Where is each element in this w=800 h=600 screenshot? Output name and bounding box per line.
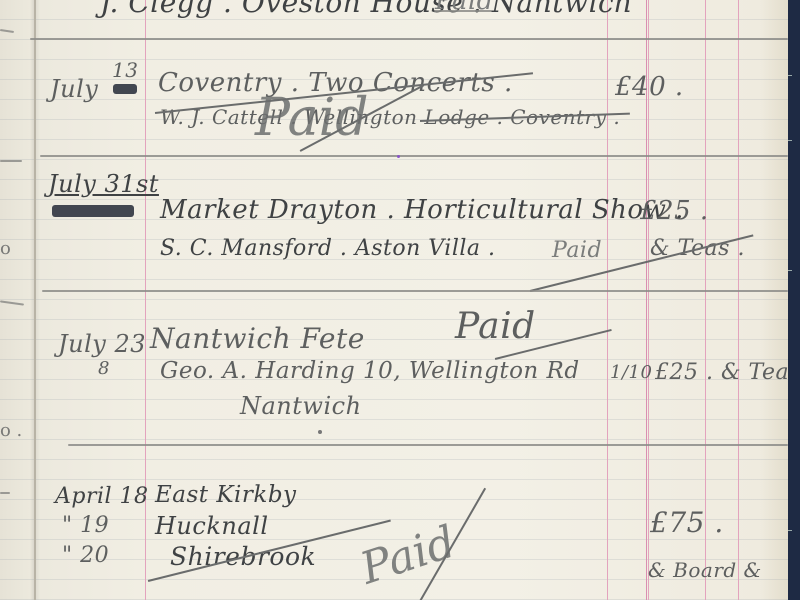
entry-note: & Board &: [648, 558, 762, 582]
paid-mark: Paid: [455, 306, 536, 347]
entry-place: Hucknall: [155, 512, 269, 540]
left-margin-mark: o: [0, 238, 11, 259]
ink-dot: [318, 430, 322, 434]
entry-date: July 31st: [48, 170, 159, 198]
entry-fee: £25 .: [640, 196, 709, 226]
paid-mark: Paid: [552, 238, 602, 263]
entry-date: July: [50, 74, 98, 104]
entry-line3: Nantwich: [240, 392, 362, 420]
entry-separator: [40, 155, 788, 157]
ink-dot: [397, 155, 400, 158]
left-margin-mark: o .: [0, 420, 22, 441]
column-rule-4: [738, 0, 739, 600]
top-fragment-fee: Paid: [435, 0, 494, 16]
entry-date-day: 13: [112, 58, 138, 82]
entry-separator: [30, 38, 788, 40]
entry-separator: [68, 444, 788, 446]
entry-line2: Geo. A. Harding 10, Wellington Rd: [160, 358, 580, 384]
top-fragment-text: J. Clegg . Oveston House . Nantwich: [100, 0, 633, 19]
entry-date: " 20: [62, 543, 109, 568]
column-rule-1: [607, 0, 608, 600]
ledger-page: o o . J. Clegg . Oveston House . Nantwic…: [0, 0, 788, 600]
left-page-line: [0, 160, 22, 162]
entry-date: April 18: [55, 484, 149, 509]
entry-fee: £25 . & Teas .: [655, 360, 788, 385]
gutter-fold: [34, 0, 36, 600]
entry-date-suffix: 8: [98, 358, 110, 379]
entry-date: " 19: [62, 513, 109, 538]
entry-place: East Kirkby: [155, 482, 297, 508]
entry-separator: [42, 290, 788, 292]
entry-line2: W. J. Cattell . Wellington Lodge . Coven…: [160, 105, 620, 129]
book-binding: [788, 0, 800, 600]
fee-fraction: 1/10: [610, 362, 652, 383]
margin-rule: [145, 0, 146, 600]
underline: [434, 10, 492, 12]
left-page-line: [0, 492, 10, 494]
entry-line1: Market Drayton . Horticultural Show .: [160, 195, 684, 225]
entry-line2: S. C. Mansford . Aston Villa .: [160, 236, 496, 261]
entry-line1: Nantwich Fete: [150, 322, 365, 355]
entry-fee: £40 .: [615, 72, 684, 102]
entry-date: July 23: [58, 330, 146, 358]
struck-date: [52, 205, 134, 217]
entry-fee: £75 .: [650, 506, 724, 539]
struck-date: [113, 84, 137, 94]
